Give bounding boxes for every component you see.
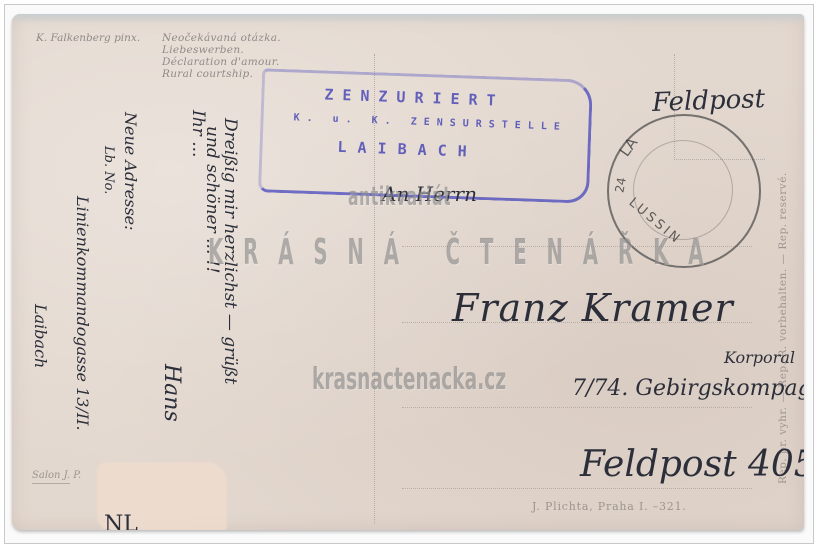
sender-address-line: Laibach bbox=[31, 304, 50, 368]
title-german: Liebeswerben. bbox=[162, 44, 281, 56]
sender-address-line: Lb. No. bbox=[101, 146, 116, 194]
handwritten-unit: 7/74. Gebirgskompagnie bbox=[572, 376, 804, 401]
publisher-imprint: J. Plichta, Praha I. –321. bbox=[532, 500, 687, 513]
title-czech: Neočekávaná otázka. bbox=[162, 32, 281, 44]
signature: Hans bbox=[159, 364, 184, 422]
postcard-back: K. Falkenberg pinx. Neočekávaná otázka. … bbox=[12, 14, 804, 530]
watermark-shop-name: KRÁSNÁ ČTENÁŘKA bbox=[208, 232, 723, 273]
censor-stamp-line1: ZENZURIERT bbox=[324, 85, 505, 109]
censor-stamp-line3: LAIBACH bbox=[337, 138, 478, 161]
handwritten-feldpost: Feldpost bbox=[652, 84, 766, 118]
scan-edge-shadow bbox=[12, 14, 804, 24]
postmark-date: 24 bbox=[612, 176, 628, 193]
printer-mark: Salon J. P. bbox=[32, 470, 81, 481]
handwritten-recipient-name: Franz Kramer bbox=[452, 286, 734, 330]
artist-credit: K. Falkenberg pinx. bbox=[36, 32, 140, 44]
corner-mark: NL bbox=[104, 512, 138, 530]
watermark-url: krasnactenacka.cz bbox=[312, 362, 506, 397]
address-line bbox=[402, 488, 752, 489]
censor-stamp-line2: K. u. K. ZENSURSTELLE bbox=[293, 112, 567, 133]
handwritten-rank: Korporal bbox=[724, 348, 795, 367]
sender-address-line: Linienkommandogasse 13/II. bbox=[73, 196, 92, 431]
title-french: Déclaration d'amour. bbox=[162, 56, 281, 68]
address-line bbox=[402, 407, 752, 408]
rights-notice: Rep. pr. vyhr. — Rep.-R. vorbehalten. — … bbox=[777, 172, 789, 484]
watermark-antikvariat: antikvariát bbox=[348, 182, 451, 212]
postmark-top-text: LA bbox=[616, 134, 642, 160]
message-line: Ihr ... bbox=[188, 110, 208, 157]
handwritten-feldpost-number: Feldpost 405. bbox=[580, 444, 804, 485]
sender-address-line: Neue Adresse: bbox=[121, 112, 140, 231]
